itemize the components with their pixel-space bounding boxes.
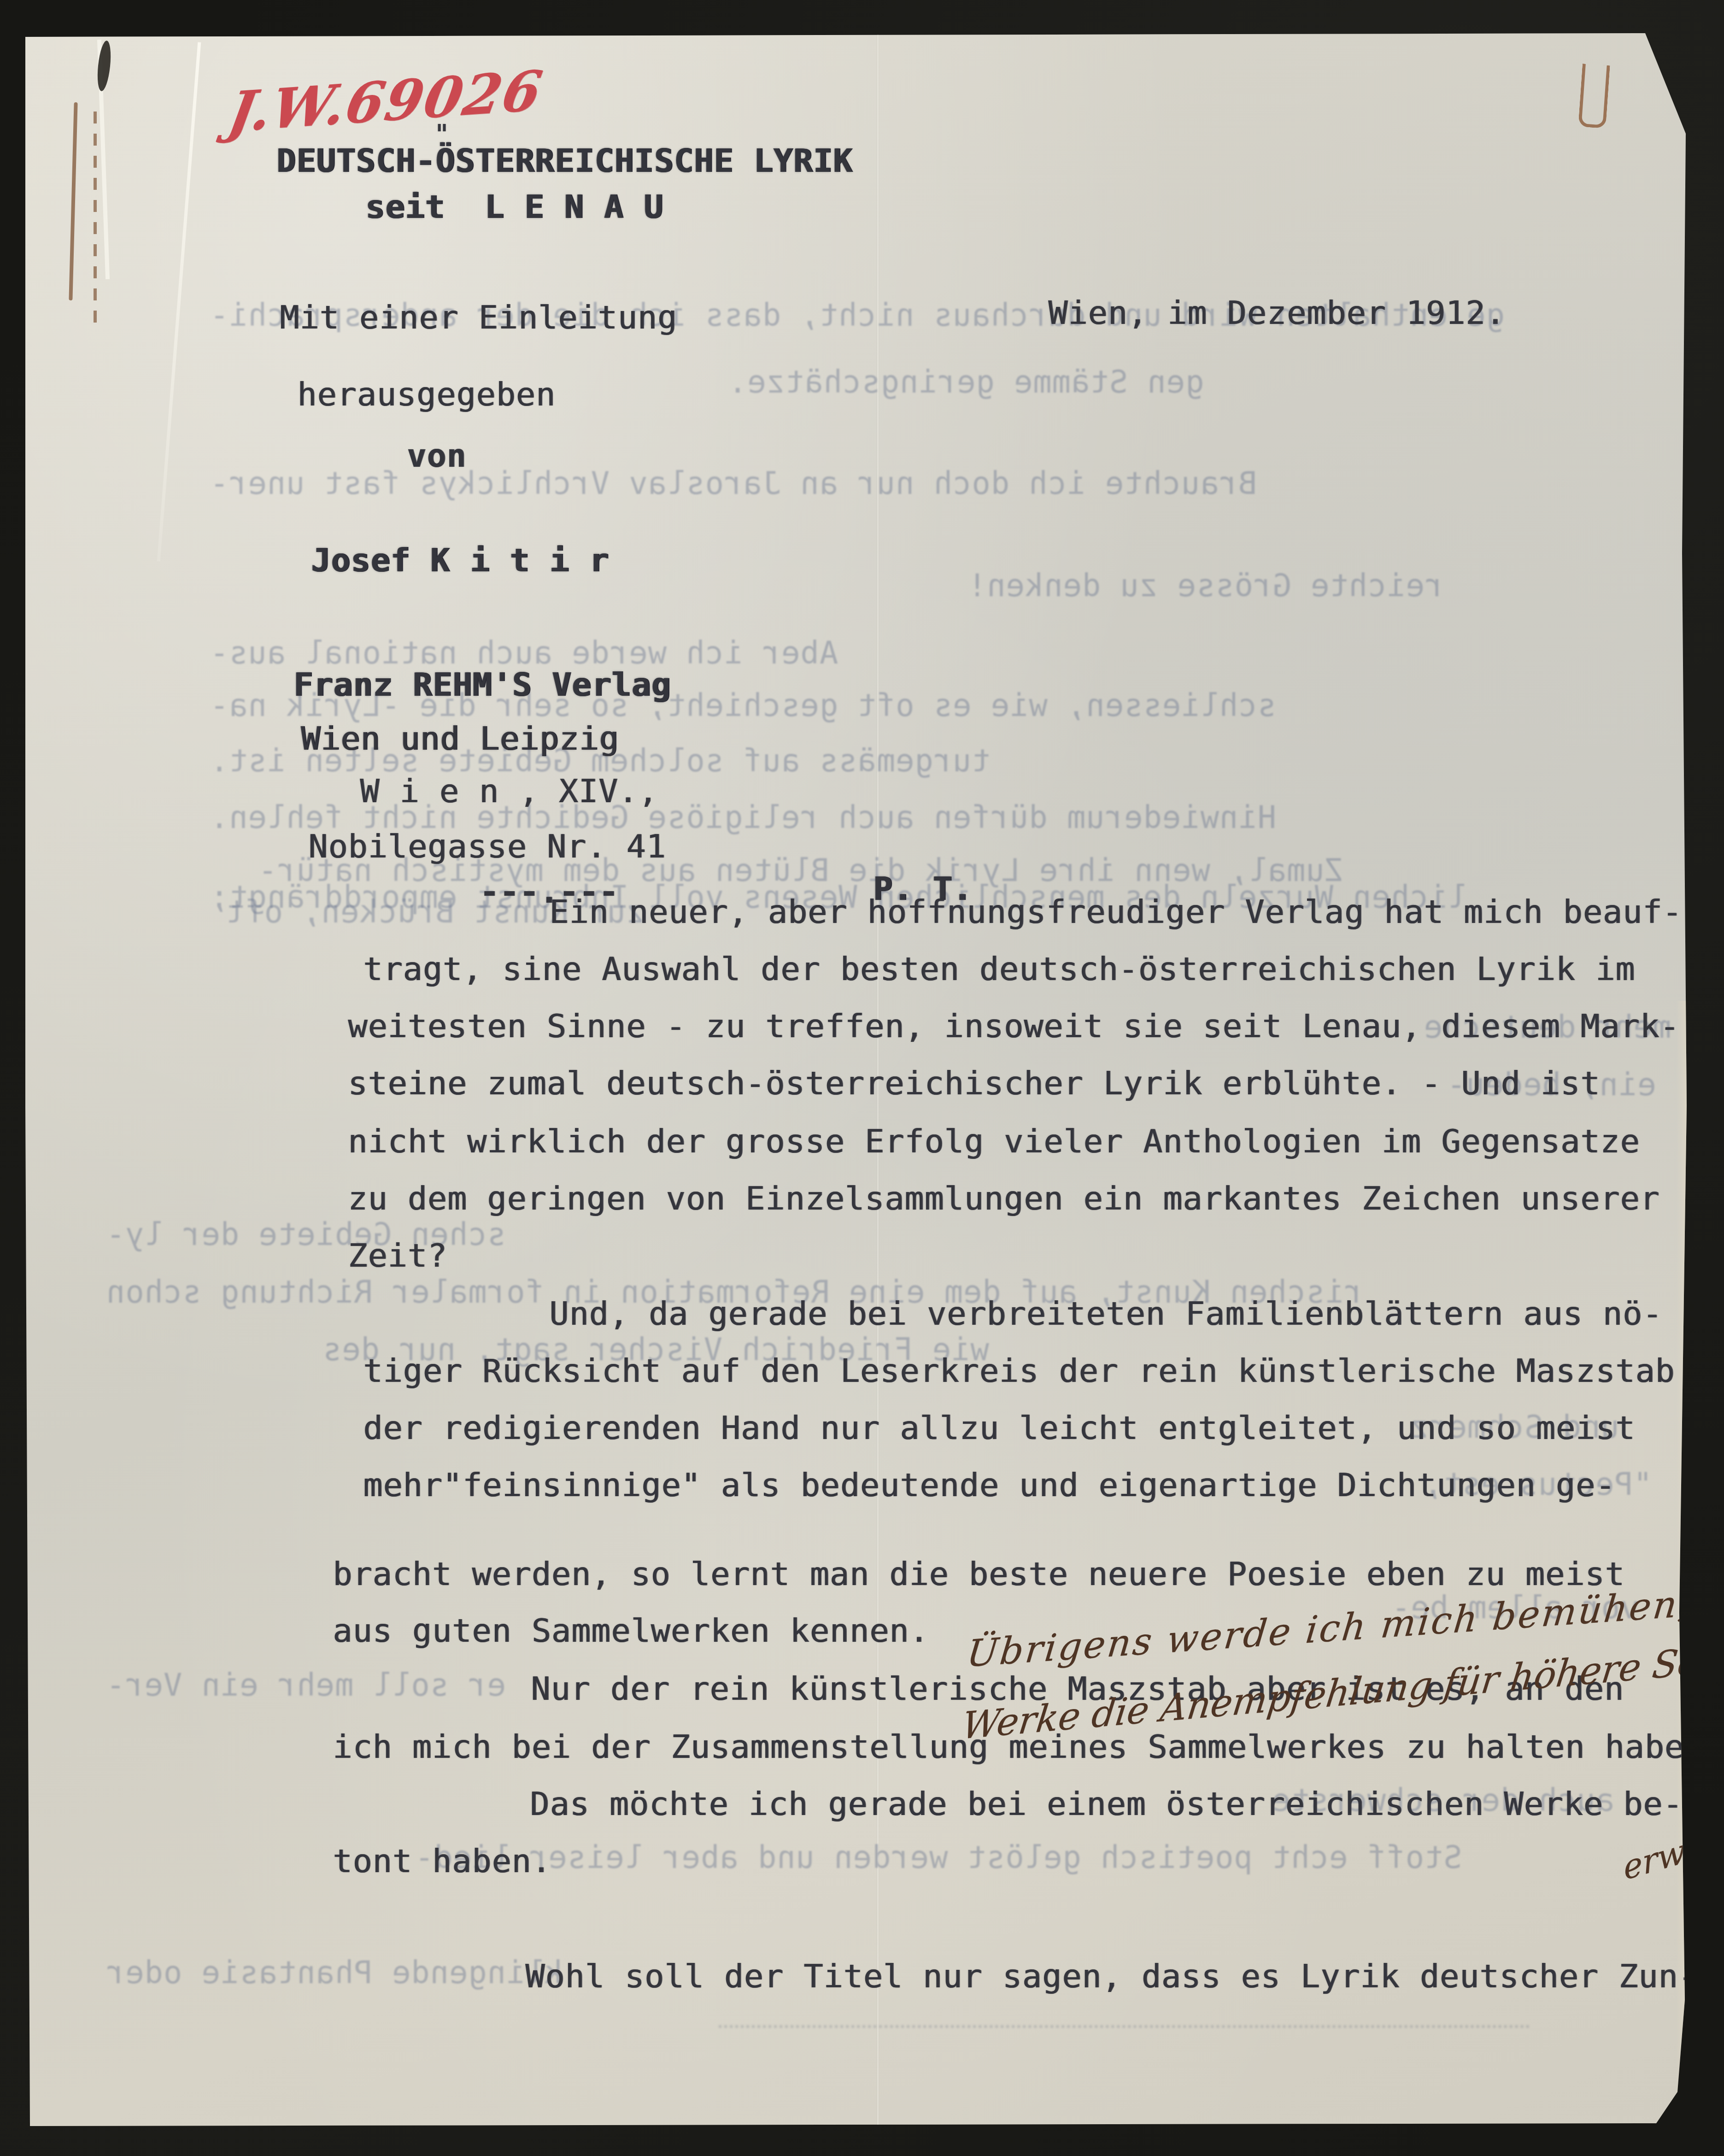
typed-body-line: weitesten Sinne - zu treffen, insoweit s… xyxy=(348,1007,1680,1045)
typed-body-line: Wohl soll der Titel nur sagen, dass es L… xyxy=(525,1957,1698,1995)
bleedthrough-line: Brauchte ich doch nur an Jaroslav Vrchli… xyxy=(210,465,1257,501)
title-line: DEUTSCH-ÖSTERREICHISCHE LYRIK xyxy=(276,142,853,180)
rust-stitch-marks xyxy=(94,112,97,328)
rust-thread-mark xyxy=(69,102,77,300)
typed-body-line: aus guten Sammelwerken kennen. xyxy=(333,1612,929,1650)
publisher-cities: Wien und Leipzig xyxy=(301,720,619,758)
publisher-name: Franz REHM'S Verlag xyxy=(293,666,671,704)
editor-name: Josef K i t i r xyxy=(311,541,609,579)
typed-body-line: Das möchte ich gerade bei einem österrei… xyxy=(530,1785,1683,1823)
typed-body-line: mehr"feinsinnige" als bedeutende und eig… xyxy=(363,1466,1615,1504)
publisher-street: Nobilegasse Nr. 41 xyxy=(308,828,666,865)
typed-body-line: steine zumal deutsch-österreichischer Ly… xyxy=(348,1064,1600,1102)
faint-dotted-smudge xyxy=(719,2025,1530,2028)
bleedthrough-line: er soll mehr ein Ver- xyxy=(106,1667,506,1703)
typed-body-line: bracht werden, so lernt man die beste ne… xyxy=(333,1555,1624,1593)
typed-body-line: zu dem geringen von Einzelsammlungen ein… xyxy=(348,1180,1659,1217)
diagonal-crease xyxy=(157,42,201,561)
torn-right-edge xyxy=(1677,1001,1689,2125)
editor-block-line: Mit einer Einleitung xyxy=(280,299,677,336)
typed-body-line: Zeit? xyxy=(348,1237,447,1275)
editor-block-line: von xyxy=(407,437,466,475)
typed-body-line: tont haben. xyxy=(333,1842,551,1880)
bleedthrough-line: reichte Grösse zu denken! xyxy=(968,568,1443,604)
title-subline: seit L E N A U xyxy=(365,188,663,226)
typed-body-line: tiger Rücksicht auf den Leserkreis der r… xyxy=(363,1352,1675,1390)
typed-body-line: nicht wirklich der grosse Erfolg vieler … xyxy=(348,1122,1640,1160)
bleedthrough-line: Stoff echt poetisch gelöst werden und ab… xyxy=(415,1839,1462,1875)
bleedthrough-line: gen Stämme geringschätze. xyxy=(728,364,1204,400)
typed-body-line: Und, da gerade bei verbreiteten Familien… xyxy=(549,1295,1662,1333)
dateline: Wien, im Dezember 1912. xyxy=(1048,294,1505,332)
typed-body-line: der redigierenden Hand nur allzu leicht … xyxy=(363,1409,1635,1447)
archive-number-handwritten: J.W.69026 xyxy=(223,58,548,145)
publisher-district: W i e n , XIV., xyxy=(360,772,658,810)
typed-body-line: Ein neuer, aber hoffnungsfreudiger Verla… xyxy=(549,893,1682,931)
paperclip-rust-stain xyxy=(1578,64,1610,129)
bleedthrough-line: klingende Phantasie oder xyxy=(106,1955,563,1991)
scanned-letter-page: { "colors": { "scan_background": "#17171… xyxy=(0,0,1724,2156)
letter-paper: ge enthalten wird und durchaus nicht, da… xyxy=(25,33,1689,2126)
editor-block-line: herausgegeben xyxy=(297,376,556,413)
typed-body-line: tragt, sine Auswahl der besten deutsch-ö… xyxy=(363,950,1635,988)
